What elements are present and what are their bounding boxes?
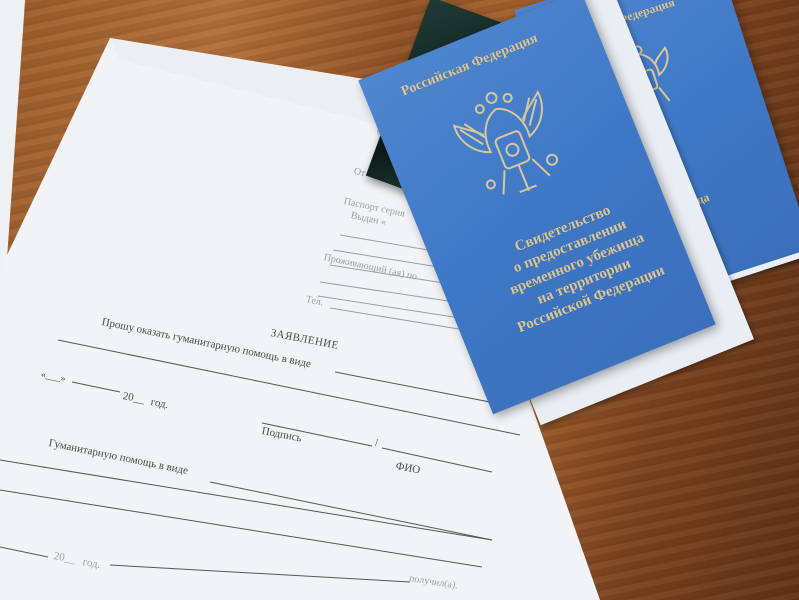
separator: /	[375, 437, 378, 449]
from-label-2: От	[353, 166, 367, 179]
